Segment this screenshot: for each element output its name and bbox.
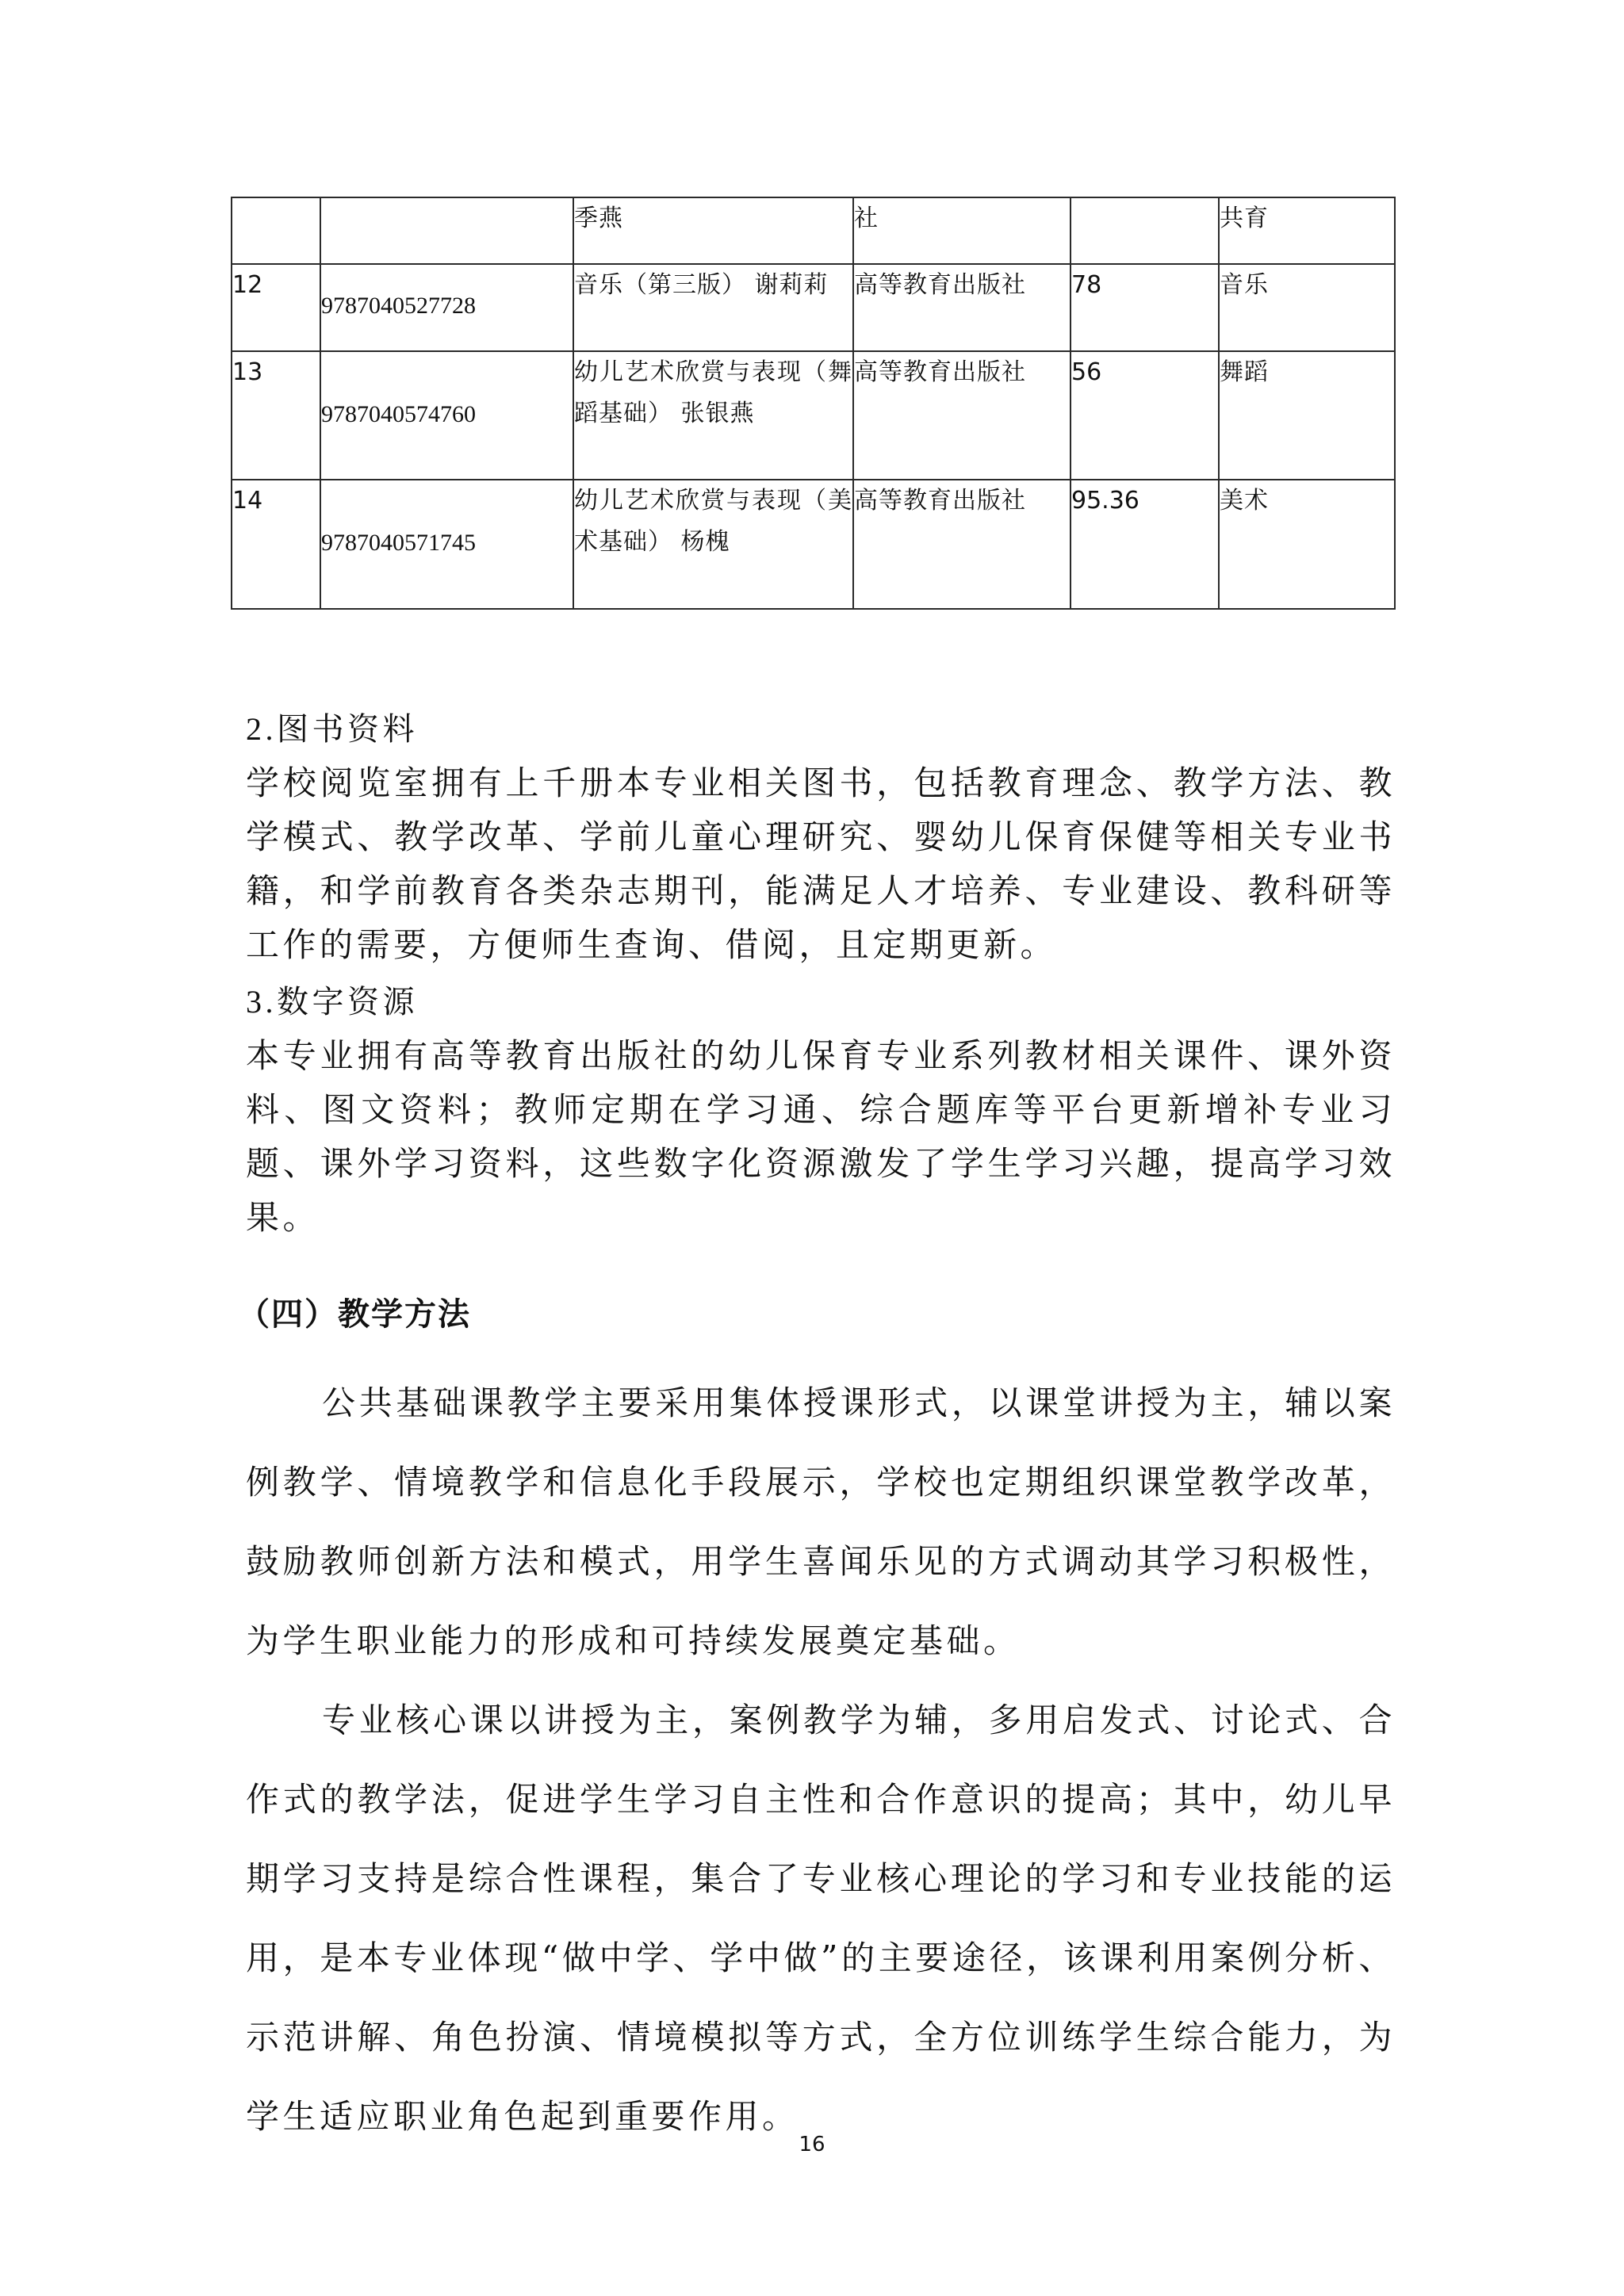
cell-isbn: 9787040574760 [320,351,573,480]
cell-course: 美术 [1219,480,1395,609]
table-row: 13 9787040574760 幼儿艺术欣赏与表现（舞蹈基础） 张银燕 高等教… [232,351,1395,480]
section-heading-teaching-methods: （四）教学方法 [238,1291,471,1338]
isbn-text: 9787040571745 [321,522,476,564]
table-row: 季燕 社 共育 [232,197,1395,264]
library-heading: 2.图书资料 [246,702,1396,756]
teaching-methods-body: 公共基础课教学主要采用集体授课形式，以课堂讲授为主，辅以案例教学、情境教学和信息… [246,1364,1396,2156]
textbook-table: 季燕 社 共育 12 9787040527728 音乐（第三版） 谢莉莉 高等教… [231,197,1396,610]
library-section: 2.图书资料 学校阅览室拥有上千册本专业相关图书，包括教育理念、教学方法、教学模… [246,702,1396,972]
cell-title-author: 幼儿艺术欣赏与表现（舞蹈基础） 张银燕 [573,351,853,480]
cell-publisher: 高等教育出版社 [853,351,1071,480]
cell-number: 13 [232,351,320,480]
digital-heading: 3.数字资源 [246,975,1396,1029]
cell-title-author: 幼儿艺术欣赏与表现（美术基础） 杨槐 [573,480,853,609]
cell-publisher: 高等教育出版社 [853,264,1071,351]
paragraph: 公共基础课教学主要采用集体授课形式，以课堂讲授为主，辅以案例教学、情境教学和信息… [246,1364,1396,1681]
cell-course: 音乐 [1219,264,1395,351]
cell-isbn: 9787040527728 [320,264,573,351]
digital-section: 3.数字资源 本专业拥有高等教育出版社的幼儿保育专业系列教材相关课件、课外资料、… [246,975,1396,1245]
cell-publisher: 社 [853,197,1071,264]
cell-number [232,197,320,264]
cell-number: 12 [232,264,320,351]
digital-body: 本专业拥有高等教育出版社的幼儿保育专业系列教材相关课件、课外资料、图文资料；教师… [246,1029,1396,1245]
page-number: 16 [0,2133,1624,2156]
paragraph: 专业核心课以讲授为主，案例教学为辅，多用启发式、讨论式、合作式的教学法，促进学生… [246,1681,1396,2156]
table-row: 14 9787040571745 幼儿艺术欣赏与表现（美术基础） 杨槐 高等教育… [232,480,1395,609]
table-row: 12 9787040527728 音乐（第三版） 谢莉莉 高等教育出版社 78 … [232,264,1395,351]
cell-price [1071,197,1219,264]
cell-price: 78 [1071,264,1219,351]
cell-isbn [320,197,573,264]
cell-title-author: 季燕 [573,197,853,264]
library-body: 学校阅览室拥有上千册本专业相关图书，包括教育理念、教学方法、教学模式、教学改革、… [246,756,1396,972]
cell-course: 舞蹈 [1219,351,1395,480]
cell-number: 14 [232,480,320,609]
document-page: 季燕 社 共育 12 9787040527728 音乐（第三版） 谢莉莉 高等教… [0,0,1624,2296]
cell-price: 56 [1071,351,1219,480]
cell-title-author: 音乐（第三版） 谢莉莉 [573,264,853,351]
cell-price: 95.36 [1071,480,1219,609]
isbn-text: 9787040574760 [321,394,476,435]
cell-isbn: 9787040571745 [320,480,573,609]
cell-publisher: 高等教育出版社 [853,480,1071,609]
isbn-text: 9787040527728 [321,285,476,327]
cell-course: 共育 [1219,197,1395,264]
